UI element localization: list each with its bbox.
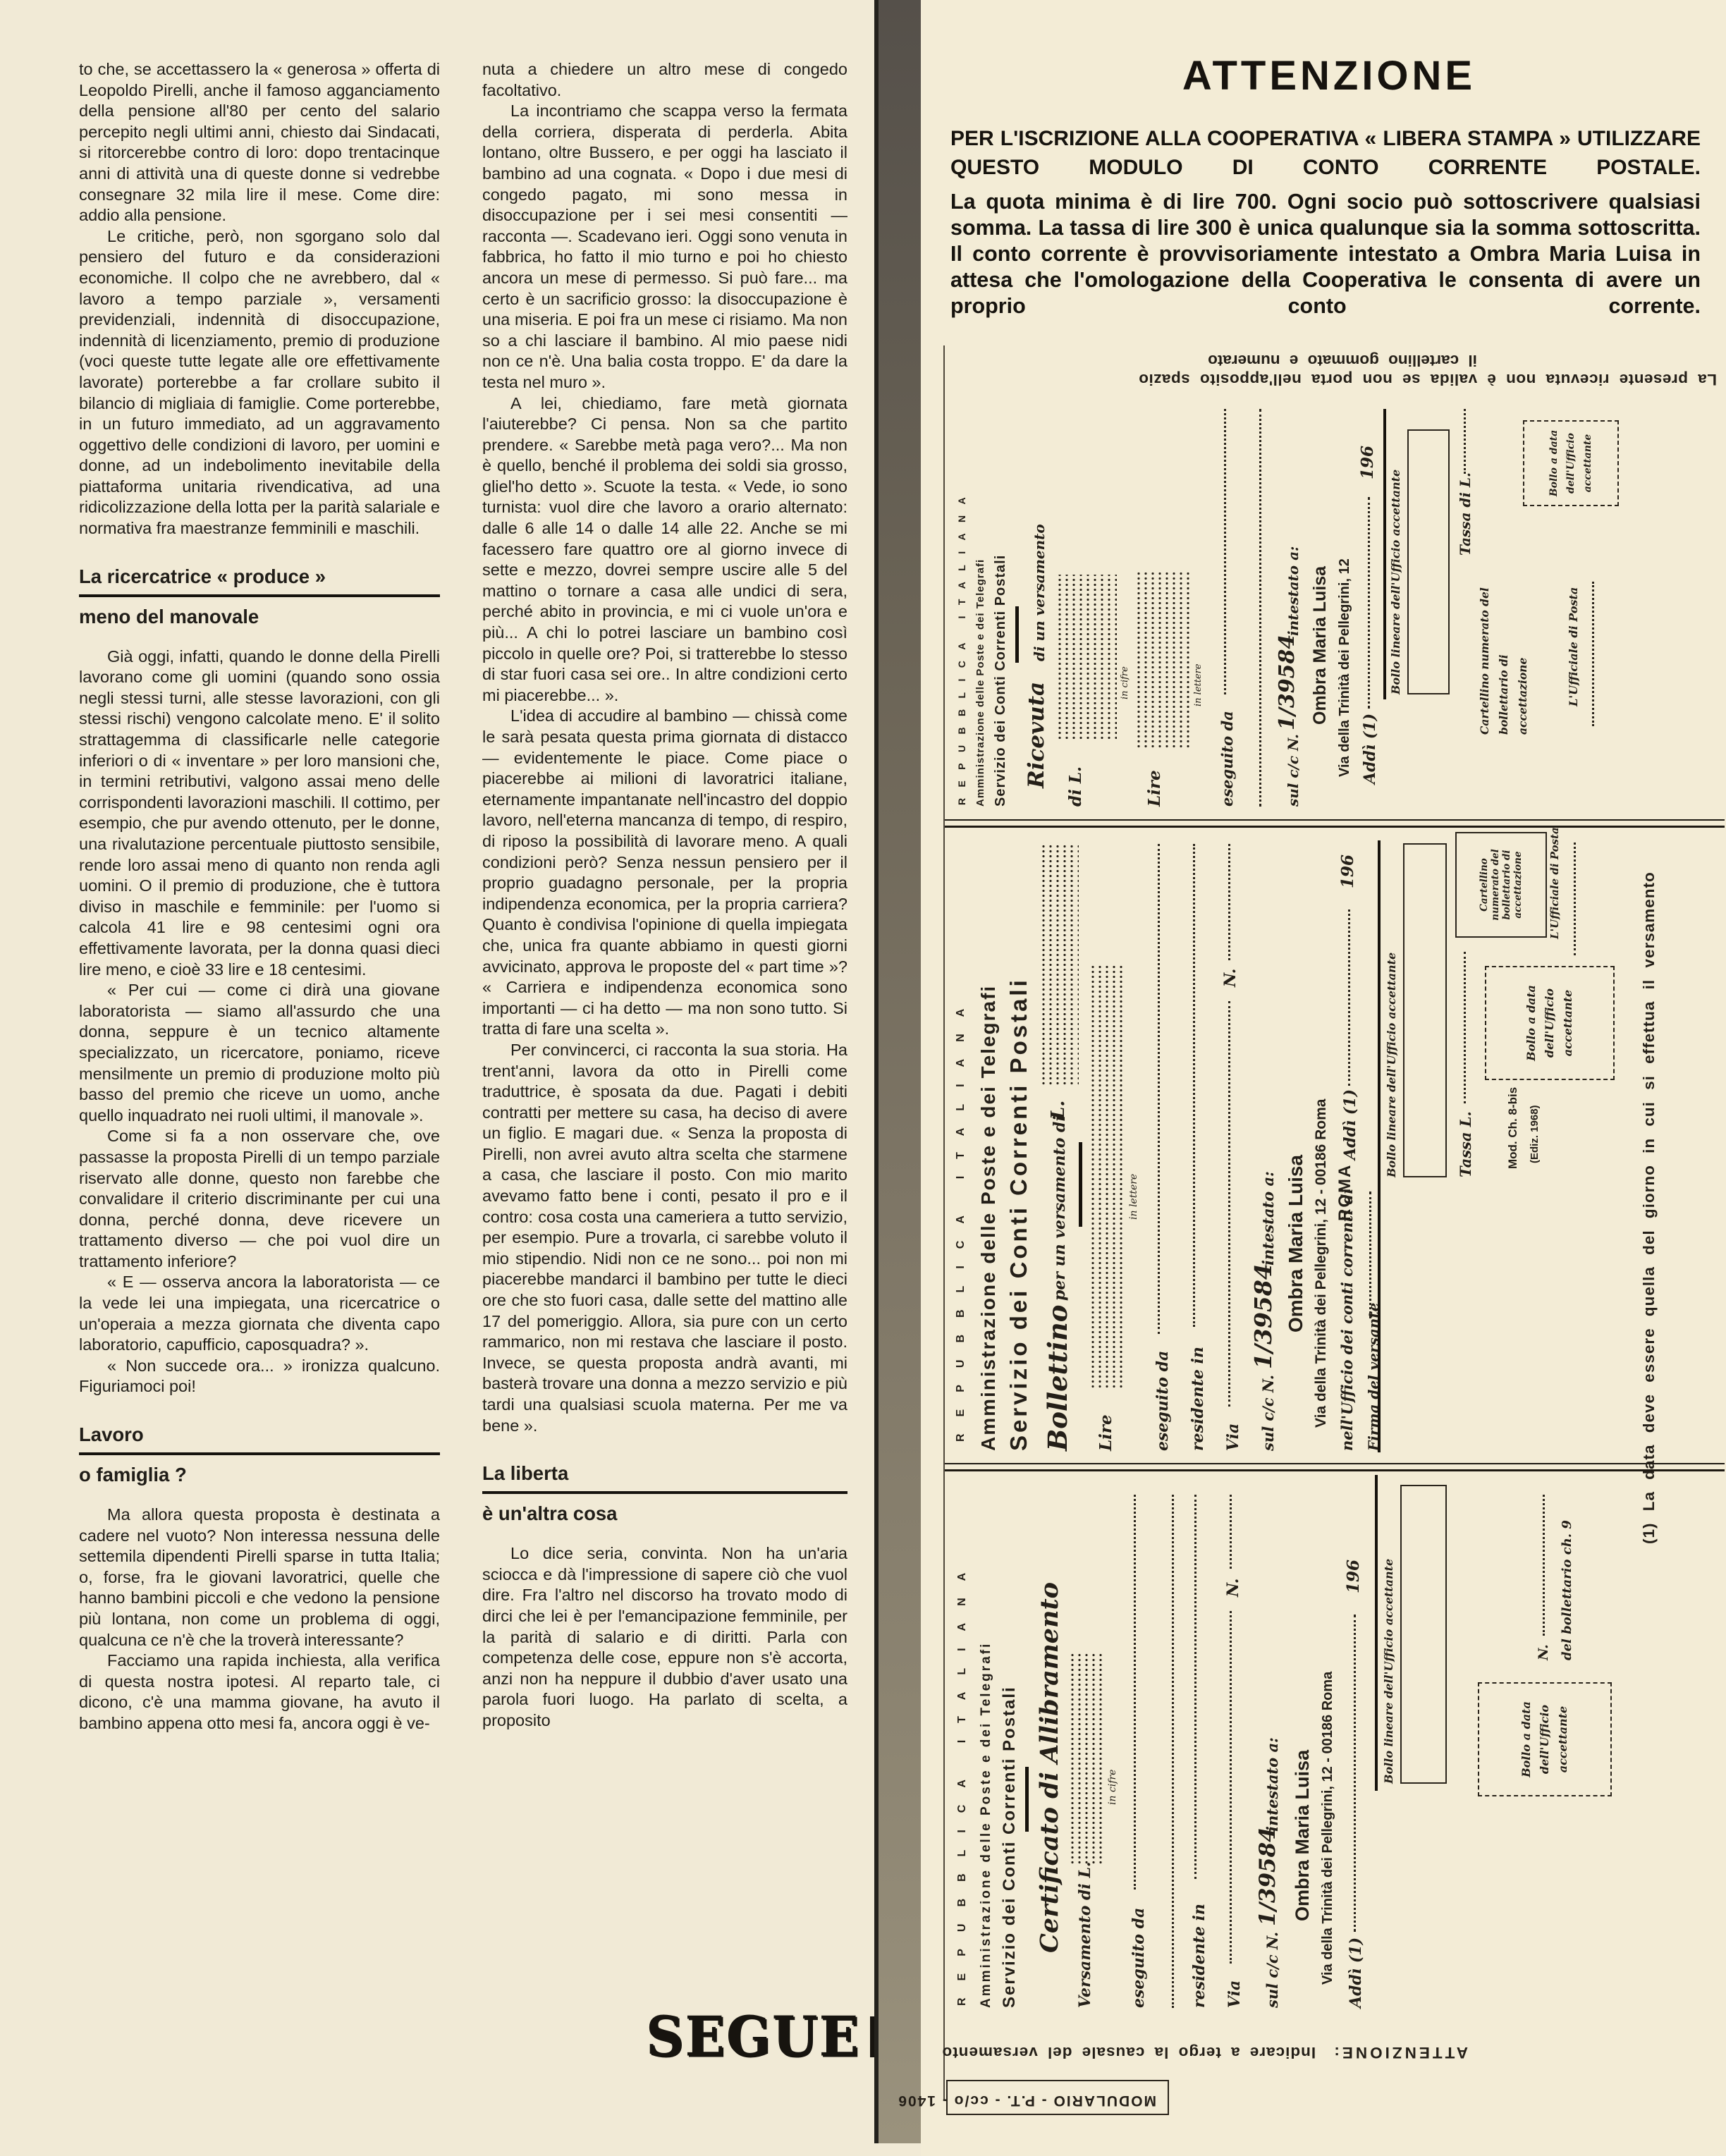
eseguito-label: eseguito da: [1218, 711, 1236, 807]
mod-label: Mod. Ch. 8-bis: [1506, 1087, 1520, 1169]
certificato-republic: REPUBBLICA ITALIANA: [956, 1556, 969, 2006]
cartellino-note: Cartellino numerato del bollettario di a…: [1475, 580, 1532, 735]
dotted-line: [1368, 497, 1370, 709]
paragraph: A lei, chiediamo, fare metà giornata l'a…: [482, 393, 847, 706]
bollettino-title-l: L.: [1048, 1101, 1069, 1120]
lire-label: Lire: [1096, 1414, 1115, 1451]
ricevuta-title: Ricevuta: [1024, 682, 1049, 788]
addi-label: Addì (1): [1347, 1937, 1365, 2008]
heading-line: è un'altra cosa: [482, 1502, 847, 1525]
bollettino-title-rest: per un versamento di: [1051, 1115, 1069, 1301]
via-label: Via: [1225, 1980, 1244, 2008]
n-label: N.: [1224, 1579, 1242, 1597]
account-address: Via della Trinità dei Pellegrini, 12: [1337, 558, 1353, 777]
heading-line: La liberta: [482, 1462, 847, 1485]
bollo-data-box: Bollo a data dell'Ufficio accettante: [1523, 420, 1619, 506]
attenzione-tergo-label: ATTENZIONE:: [1331, 2044, 1468, 2062]
paragraph: to che, se accettassero la « generosa » …: [79, 59, 440, 226]
certificato-admin: Amministrazione delle Poste e dei Telegr…: [979, 1642, 994, 2008]
ufficiale-label: L'Ufficiale di Posta: [1548, 827, 1561, 939]
tassa-label: Tassa L.: [1457, 1111, 1474, 1177]
article-column-2: nuta a chiedere un altro mese di congedo…: [482, 59, 847, 2125]
versamento-label: Versamento di L.: [1076, 1861, 1094, 2008]
attenzione-tergo-strip: ATTENZIONE: Indicare a tergo la causale …: [974, 2026, 1468, 2062]
heading-line: Lavoro: [79, 1423, 440, 1446]
form-section-divider: [945, 819, 1725, 828]
account-address: Via della Trinità dei Pellegrini, 12 - 0…: [1320, 1672, 1336, 1985]
cc-pre: sul c/c N.: [1263, 1932, 1281, 2008]
paragraph-group: Già oggi, infatti, quando le donne della…: [79, 647, 440, 1397]
addi-label: Addì (1): [1361, 713, 1379, 784]
dotted-line: [1228, 844, 1230, 960]
paragraph: nuta a chiedere un altro mese di congedo…: [482, 59, 847, 101]
heading-line: meno del manovale: [79, 605, 440, 628]
cc-pre: sul c/c N.: [1285, 734, 1302, 807]
dotted-line: [1543, 1495, 1545, 1636]
heading-line: o famiglia ?: [79, 1463, 440, 1486]
residente-label: residente in: [1189, 1347, 1207, 1451]
bollo-lineare-label: Bollo lineare dell'Ufficio accettante: [1385, 953, 1398, 1177]
stamp-rule: [1375, 1475, 1378, 1791]
cartellino-box: Cartellino numerato del bollettario di a…: [1455, 832, 1547, 938]
paragraph: Lo dice seria, convinta. Non ha un'aria …: [482, 1543, 847, 1731]
addi-label: Addì (1): [1341, 1089, 1359, 1160]
stamp-rule: [1383, 409, 1386, 699]
bollettario-label: del bollettario ch. 9: [1560, 1520, 1574, 1660]
attenzione-tergo-text: Indicare a tergo la causale del versamen…: [941, 2044, 1316, 2062]
in-lettere-label: in lettere: [1193, 663, 1204, 706]
dotted-line: [1259, 409, 1261, 807]
paragraph-group: Ma allora questa proposta è destinata a …: [79, 1505, 440, 1734]
notice-paragraph-2: La quota minima è di lire 700. Ogni soci…: [950, 189, 1701, 319]
cc-number: 1/39584: [1249, 1263, 1277, 1369]
eseguito-label: eseguito da: [1153, 1351, 1172, 1451]
bollo-data-box: Bollo a data dell'Ufficio accettante: [1478, 1682, 1612, 1796]
account-holder: Ombra Maria Luisa: [1285, 1155, 1307, 1333]
year-label: 196: [1344, 1560, 1363, 1593]
dotted-line: [1172, 1495, 1174, 2008]
dotted-line: [1230, 1495, 1232, 1569]
account-address: Via della Trinità dei Pellegrini, 12 - 0…: [1313, 1099, 1330, 1428]
paragraph: Come si fa a non osservare che, ove pass…: [79, 1126, 440, 1272]
account-holder: Ombra Maria Luisa: [1292, 1750, 1314, 1921]
paragraph: Già oggi, infatti, quando le donne della…: [79, 647, 440, 981]
receipt-warning-strip: La presente ricevuta non è valida se non…: [968, 350, 1717, 389]
paragraph: L'idea di accudire al bambino — chissà c…: [482, 706, 847, 1040]
segue-label: SEGUE: [646, 2005, 860, 2069]
ricevuta-admin: Amministrazione delle Poste e dei Telegr…: [974, 559, 986, 807]
form-section-divider: [945, 1463, 1725, 1471]
dotted-line: [1134, 1495, 1136, 1889]
paragraph: « E — osserva ancora la laboratorista — …: [79, 1272, 440, 1355]
year-label: 196: [1358, 446, 1377, 479]
certificato-title: Certificato di Allibramento: [1035, 1582, 1064, 1953]
bollo-lineare-label: Bollo lineare dell'Ufficio accettante: [1382, 1559, 1395, 1784]
bollo-lineare-box: [1400, 1485, 1447, 1784]
section-heading-ricercatrice: La ricercatrice « produce » meno del man…: [79, 565, 440, 628]
paragraph: Le critiche, però, non sgorgano solo dal…: [79, 226, 440, 539]
stamp-rule: [1378, 840, 1381, 1452]
dotted-line: [1574, 843, 1576, 955]
eseguito-label: eseguito da: [1130, 1908, 1148, 2008]
section-heading-liberta: La liberta è un'altra cosa: [482, 1462, 847, 1525]
ricevuta-republic: REPUBBLICA ITALIANA: [956, 486, 967, 805]
cc-pre: sul c/c N.: [1259, 1375, 1277, 1451]
account-holder: Ombra Maria Luisa: [1310, 566, 1330, 725]
modulario-label: MODULARIO - P.T. - cc/o - 1406: [897, 2092, 1156, 2109]
date-footnote: (1) La data deve essere quella del giorn…: [1640, 395, 1658, 1544]
ufficiale-label: L'Ufficiale di Posta: [1567, 587, 1580, 706]
cc-number: 1/39584: [1255, 1827, 1280, 1926]
paragraph: « Per cui — come ci dirà una giovane lab…: [79, 980, 440, 1126]
dotted-line: [1348, 909, 1350, 1086]
residente-label: residente in: [1190, 1904, 1208, 2008]
ricevuta-service: Servizio dei Conti Correnti Postali: [993, 555, 1009, 807]
paragraph-group: to che, se accettassero la « generosa » …: [79, 59, 440, 539]
bollettino-admin: Amministrazione delle Poste e dei Telegr…: [977, 985, 1000, 1451]
dotted-line: [1354, 1615, 1356, 1932]
ricevuta-title-rest: di un versamento: [1031, 524, 1048, 661]
service-underline: [1015, 606, 1019, 663]
dotted-line: [1224, 409, 1226, 694]
paragraph: Ma allora questa proposta è destinata a …: [79, 1505, 440, 1650]
cc-post: intestato a:: [1259, 1171, 1277, 1266]
paragraph: « Non succede ora... » ironizza qualcuno…: [79, 1356, 440, 1397]
certificato-service: Servizio dei Conti Correnti Postali: [1000, 1686, 1020, 2008]
in-cifre-label: in cifre: [1120, 666, 1130, 699]
section-heading-lavoro-famiglia: Lavoro o famiglia ?: [79, 1423, 440, 1486]
dotted-line: [1230, 1611, 1232, 1964]
in-lettere-label: in lettere: [1128, 1174, 1139, 1220]
cc-post: intestato a:: [1263, 1737, 1281, 1832]
dotted-line: [1228, 1001, 1230, 1407]
dotted-line: [1158, 844, 1160, 1334]
bollettino-title: Bollettino: [1042, 1305, 1073, 1451]
service-underline: [1025, 1767, 1029, 1832]
bollettino-republic: REPUBBLICA ITALIANA: [955, 992, 967, 1442]
paragraph: La incontriamo che scappa verso la ferma…: [482, 101, 847, 393]
heading-line: La ricercatrice « produce »: [79, 565, 440, 588]
paragraph: Per convincerci, ci racconta la sua stor…: [482, 1040, 847, 1436]
via-label: Via: [1224, 1423, 1242, 1451]
heading-rule: [482, 1491, 847, 1494]
amount-dots: [1069, 1653, 1106, 1865]
bollo-lineare-box: [1407, 429, 1450, 694]
bollo-lineare-label: Bollo lineare dell'Ufficio accettante: [1389, 470, 1402, 694]
ufficio-city: ROMA: [1335, 1164, 1355, 1221]
modulario-strip: MODULARIO - P.T. - cc/o - 1406: [946, 2078, 1169, 2115]
paragraph: Facciamo una rapida inchiesta, alla veri…: [79, 1650, 440, 1734]
amount-dots: [1089, 966, 1126, 1389]
bollo-lineare-box: [1403, 843, 1447, 1177]
year-label: 196: [1338, 855, 1357, 888]
amount-dots: [1040, 843, 1079, 1086]
dotted-line: [1592, 582, 1594, 726]
paragraph-group: nuta a chiedere un altro mese di congedo…: [482, 59, 847, 1436]
page-gutter: [874, 0, 921, 2143]
heading-rule: [79, 1452, 440, 1455]
tassa-label: Tassa di L.: [1457, 472, 1474, 556]
notice-paragraph-1: PER L'ISCRIZIONE ALLA COOPERATIVA « LIBE…: [950, 124, 1701, 182]
receipt-warning-line1: La presente ricevuta non è valida se non…: [968, 370, 1717, 389]
in-cifre-label: in cifre: [1107, 1770, 1118, 1805]
title-underline: [1079, 1142, 1082, 1227]
postal-form: MODULARIO - P.T. - cc/o - 1406 ATTENZION…: [943, 345, 1725, 2101]
bollettario-n-label: N.: [1536, 1644, 1551, 1660]
receipt-warning-line2: il cartellino gommato e numerato: [968, 351, 1717, 370]
dotted-line: [1464, 409, 1466, 474]
dotted-line: [1194, 1495, 1196, 1879]
paragraph-group: Lo dice seria, convinta. Non ha un'aria …: [482, 1543, 847, 1731]
cc-number: 1/39584: [1275, 635, 1299, 730]
di-l-label: di L.: [1066, 766, 1085, 807]
magazine-spread: to che, se accettassero la « generosa » …: [0, 0, 1726, 2156]
n-label: N.: [1221, 969, 1240, 987]
dotted-line: [1369, 1192, 1371, 1318]
amount-dots: [1056, 575, 1117, 740]
cc-post: intestato a:: [1285, 546, 1302, 636]
bollo-data-box: Bollo a data dell'Ufficio accettante: [1485, 966, 1615, 1080]
article-column-1: to che, se accettassero la « generosa » …: [79, 59, 440, 2125]
ufficio-pre: nell'Ufficio dei conti correnti di: [1338, 1189, 1356, 1451]
bollettino-service: Servizio dei Conti Correnti Postali: [1005, 977, 1032, 1451]
dotted-line: [1464, 952, 1466, 1103]
amount-dots: [1135, 572, 1190, 749]
heading-rule: [79, 594, 440, 597]
mod-edition: (Ediz. 1968): [1529, 1105, 1541, 1163]
lire-label: Lire: [1145, 770, 1164, 807]
dotted-line: [1193, 844, 1195, 1327]
notice-title: ATTENZIONE: [980, 52, 1678, 99]
